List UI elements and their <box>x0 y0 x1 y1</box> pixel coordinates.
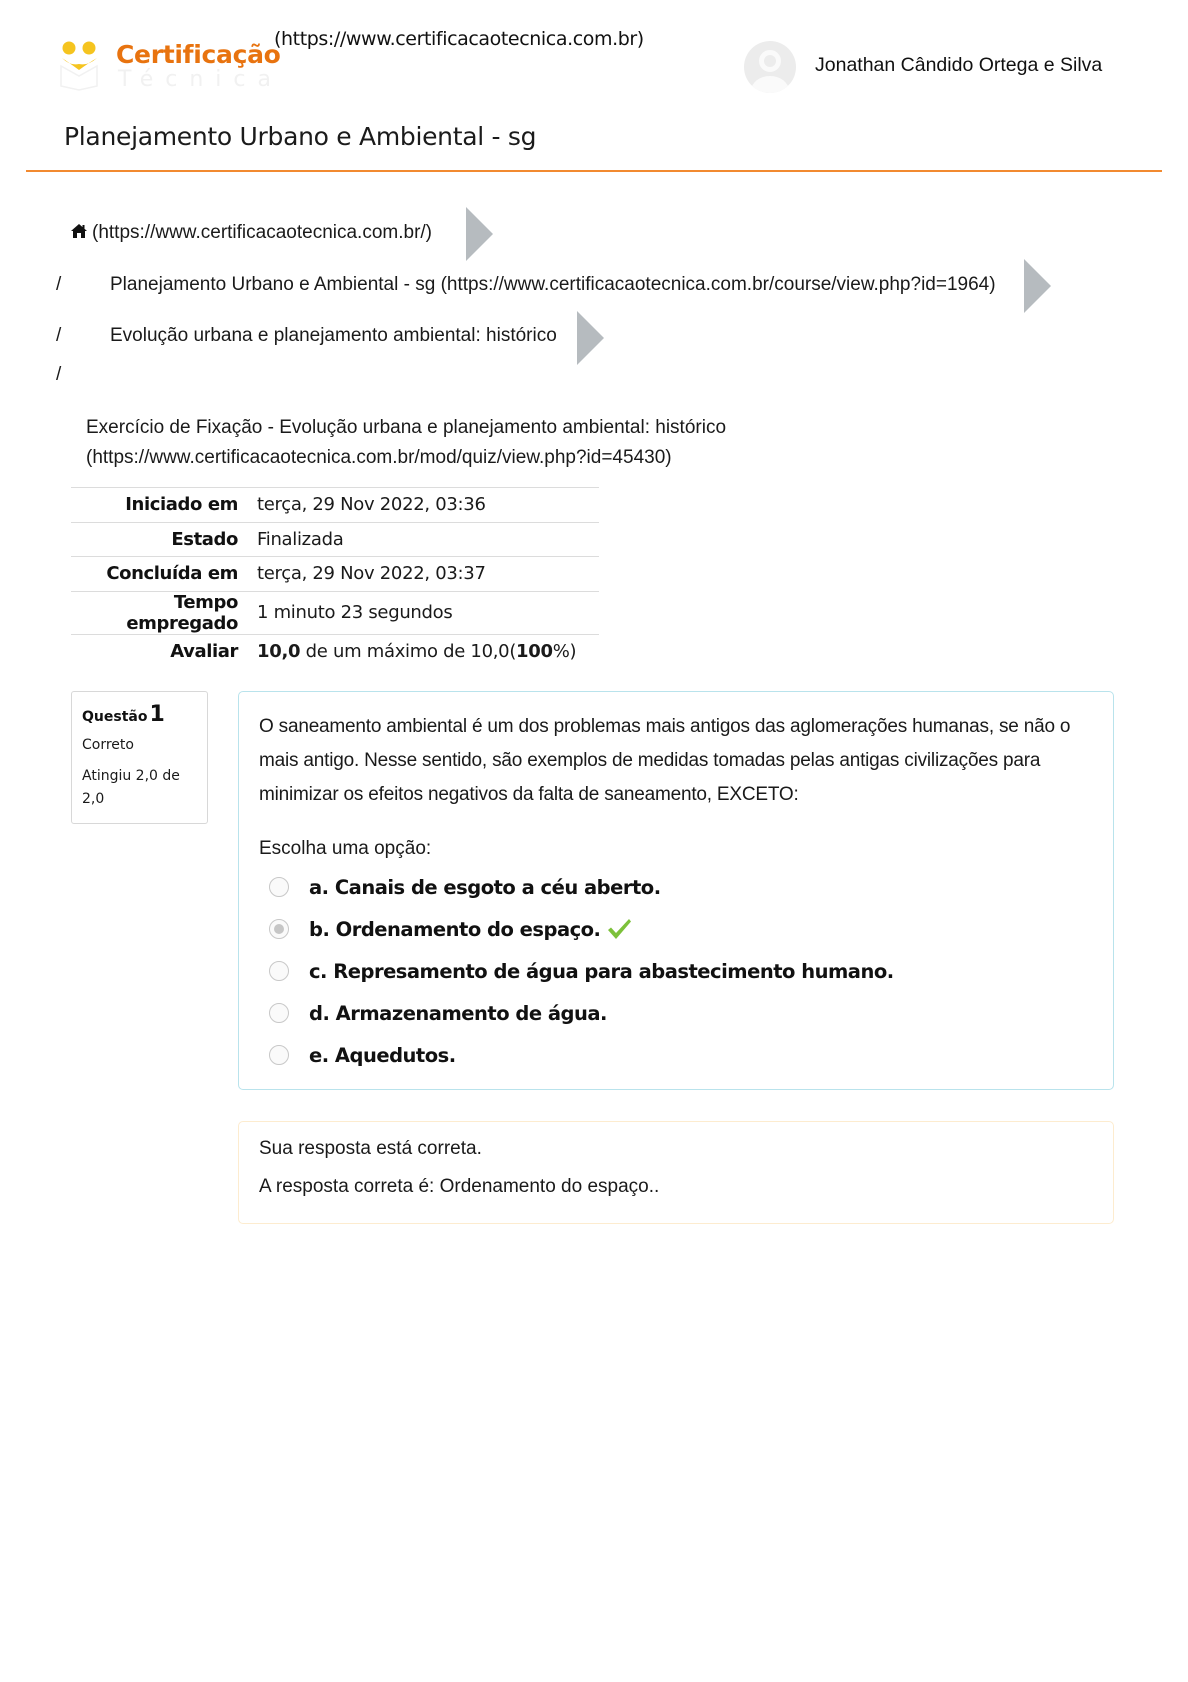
breadcrumb-home-label: (https://www.certificacaotecnica.com.br/… <box>92 222 432 243</box>
summary-row: Estado Finalizada <box>71 522 599 557</box>
radio-unselected[interactable] <box>269 1045 289 1065</box>
feedback-box: Sua resposta está correta. A resposta co… <box>238 1121 1114 1224</box>
quiz-link-title: Exercício de Fixação - Evolução urbana e… <box>86 413 726 443</box>
answer-option-label: d. Armazenamento de água. <box>309 1002 607 1025</box>
page-title: Planejamento Urbano e Ambiental - sg <box>64 122 536 151</box>
grade-score: 10,0 <box>257 641 300 662</box>
question-label: Questão <box>82 709 147 725</box>
summary-value: terça, 29 Nov 2022, 03:36 <box>257 488 599 523</box>
question-content-box: O saneamento ambiental é um dos problema… <box>238 691 1114 1090</box>
breadcrumb-separator: / <box>56 325 61 347</box>
answer-option[interactable]: c. Represamento de água para abastecimen… <box>259 950 1093 992</box>
summary-row: Tempo empregado 1 minuto 23 segundos <box>71 591 599 634</box>
answer-prompt: Escolha uma opção: <box>259 838 1093 860</box>
question-text: O saneamento ambiental é um dos problema… <box>259 710 1079 812</box>
logo-people-book-icon <box>60 40 110 92</box>
answer-option[interactable]: b. Ordenamento do espaço. <box>259 908 1093 950</box>
question-number-value: 1 <box>149 702 164 727</box>
answer-option-label: b. Ordenamento do espaço. <box>309 918 600 941</box>
radio-unselected[interactable] <box>269 961 289 981</box>
summary-value: 1 minuto 23 segundos <box>257 591 599 634</box>
summary-label: Avaliar <box>71 634 257 669</box>
answer-option[interactable]: d. Armazenamento de água. <box>259 992 1093 1034</box>
breadcrumb-separator: / <box>56 274 61 296</box>
summary-label: Estado <box>71 522 257 557</box>
user-avatar[interactable] <box>744 41 796 93</box>
question-info-box: Questão1 Correto Atingiu 2,0 de 2,0 <box>71 691 208 824</box>
summary-row: Concluída em terça, 29 Nov 2022, 03:37 <box>71 557 599 592</box>
summary-row: Iniciado em terça, 29 Nov 2022, 03:36 <box>71 488 599 523</box>
user-name[interactable]: Jonathan Cândido Ortega e Silva <box>815 54 1102 77</box>
radio-unselected[interactable] <box>269 1003 289 1023</box>
breadcrumb-separator: / <box>56 364 61 386</box>
user-placeholder-icon <box>759 50 781 72</box>
logo-brand-text: Certificação <box>116 40 281 70</box>
avatar-body-shape <box>751 76 789 93</box>
question-grade: Atingiu 2,0 de 2,0 <box>82 765 197 811</box>
summary-value: Finalizada <box>257 522 599 557</box>
breadcrumb-item-course[interactable]: Planejamento Urbano e Ambiental - sg (ht… <box>110 274 996 296</box>
summary-row-grade: Avaliar 10,0 de um máximo de 10,0(100%) <box>71 634 599 669</box>
radio-unselected[interactable] <box>269 877 289 897</box>
header-divider <box>26 170 1162 172</box>
breadcrumb-item-section[interactable]: Evolução urbana e planejamento ambiental… <box>110 325 557 347</box>
answer-option[interactable]: a. Canais de esgoto a céu aberto. <box>259 866 1093 908</box>
summary-label: Concluída em <box>71 557 257 592</box>
grade-max-text: de um máximo de 10,0( <box>300 641 516 662</box>
summary-value: terça, 29 Nov 2022, 03:37 <box>257 557 599 592</box>
question-state: Correto <box>82 737 197 753</box>
answer-option-label: e. Aquedutos. <box>309 1044 456 1067</box>
summary-grade-value: 10,0 de um máximo de 10,0(100%) <box>257 634 599 669</box>
home-icon <box>70 223 88 239</box>
summary-label: Tempo empregado <box>71 591 257 634</box>
radio-selected[interactable] <box>269 919 289 939</box>
site-url-link[interactable]: (https://www.certificacaotecnica.com.br) <box>274 28 644 50</box>
breadcrumb-item-quiz[interactable]: Exercício de Fixação - Evolução urbana e… <box>86 413 726 473</box>
question-number: Questão1 <box>82 702 197 727</box>
check-icon <box>606 917 632 941</box>
answer-option[interactable]: e. Aquedutos. <box>259 1034 1093 1076</box>
feedback-correct-answer: A resposta correta é: Ordenamento do esp… <box>259 1174 1093 1200</box>
grade-percent: 100 <box>516 641 553 662</box>
site-logo[interactable]: Certificação Técnica <box>56 38 266 94</box>
quiz-link-url: (https://www.certificacaotecnica.com.br/… <box>86 443 726 473</box>
chevron-right-icon <box>577 311 604 365</box>
answer-option-label: a. Canais de esgoto a céu aberto. <box>309 876 661 899</box>
breadcrumb-home[interactable]: (https://www.certificacaotecnica.com.br/… <box>70 222 432 244</box>
answer-option-label: c. Represamento de água para abastecimen… <box>309 960 894 983</box>
summary-label: Iniciado em <box>71 488 257 523</box>
chevron-right-icon <box>466 207 493 261</box>
feedback-status: Sua resposta está correta. <box>259 1136 1093 1162</box>
attempt-summary-table: Iniciado em terça, 29 Nov 2022, 03:36 Es… <box>71 487 599 669</box>
answer-list: a. Canais de esgoto a céu aberto.b. Orde… <box>259 866 1093 1076</box>
chevron-right-icon <box>1024 259 1051 313</box>
logo-sub-text: Técnica <box>118 68 283 92</box>
grade-percent-suffix: %) <box>553 641 577 662</box>
